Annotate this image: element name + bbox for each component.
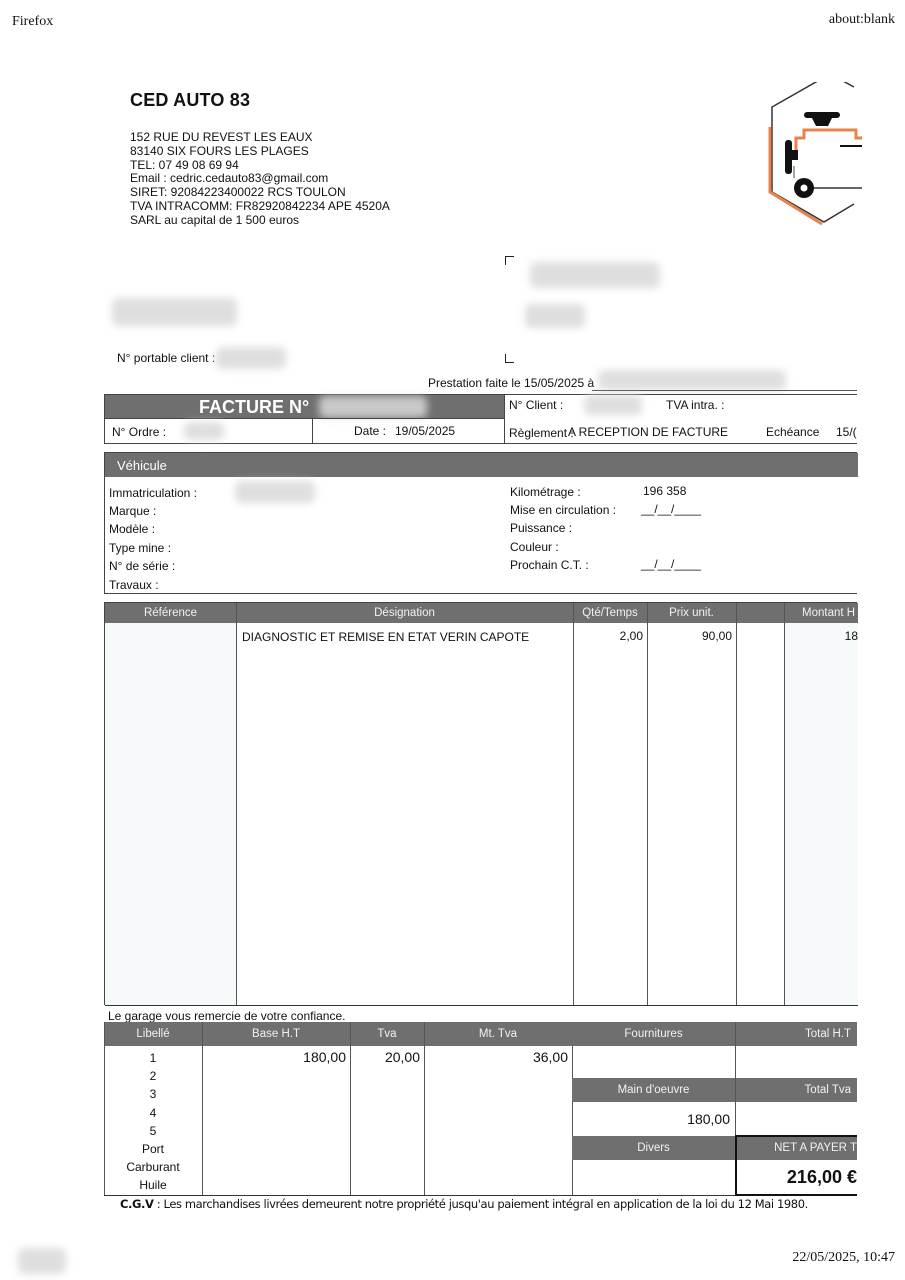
col-amount: Montant H: [784, 603, 864, 623]
vehicle-marque-label: Marque :: [109, 504, 156, 518]
vehicle-title: Véhicule: [117, 458, 167, 473]
redacted-client-mobile: [216, 347, 286, 369]
redacted-invoice-number: [319, 396, 427, 418]
col-qty: Qté/Temps: [573, 603, 647, 623]
redacted-order-number: [184, 422, 224, 440]
row-qty: 2,00: [573, 629, 643, 643]
vehicle-serial-label: N° de série :: [109, 559, 175, 573]
address-window-corner-tl: [505, 256, 514, 265]
vehicle-km-value: 196 358: [643, 484, 686, 498]
vehicle-circulation-label: Mise en circulation :: [510, 503, 616, 517]
tax-labels: 1 2 3 4 5 Port Carburant Huile: [104, 1049, 202, 1195]
prestation-label: Prestation faite le 15/05/2025 à: [428, 376, 594, 390]
car-engine-logo-icon: [762, 82, 862, 234]
vehicle-travaux-label: Travaux :: [109, 578, 159, 592]
col-reference: Référence: [105, 603, 236, 623]
col-mt-tva: Mt. Tva: [424, 1022, 572, 1046]
row-designation: DIAGNOSTIC ET REMISE EN ETAT VERIN CAPOT…: [242, 630, 529, 644]
company-city: 83140 SIX FOURS LES PLAGES: [130, 145, 390, 159]
vehicle-ct-label: Prochain C.T. :: [510, 558, 589, 572]
company-tva: TVA INTRACOMM: FR82920842234 APE 4520A: [130, 200, 390, 214]
cgv-notice: C.G.V : Les marchandises livrées demeure…: [120, 1197, 808, 1211]
due-value: 15/(: [836, 425, 857, 439]
due-label: Echéance: [766, 425, 819, 439]
col-tva: Tva: [350, 1022, 424, 1046]
payment-label: Règlement :: [509, 426, 574, 440]
vehicle-circulation-value: __/__/____: [641, 502, 701, 516]
table-header: Référence Désignation Qté/Temps Prix uni…: [105, 603, 858, 623]
vehicle-km-label: Kilométrage :: [510, 485, 581, 499]
tax-summary: Libellé Base H.T Tva Mt. Tva 1 2 3 4 5 P…: [104, 1022, 857, 1196]
company-siret: SIRET: 92084223400022 RCS TOULON: [130, 186, 390, 200]
col-designation: Désignation: [236, 603, 573, 623]
col-base-ht: Base H.T: [202, 1022, 350, 1046]
print-footer-datetime: 22/05/2025, 10:47: [792, 1250, 895, 1266]
net-to-pay-value: 216,00 €: [735, 1167, 857, 1188]
vehicle-puissance-label: Puissance :: [510, 521, 572, 535]
row-unit-price: 90,00: [647, 629, 732, 643]
col-extra: [736, 603, 784, 623]
invoice-header: FACTURE N° N° Ordre : Date : 19/05/2025 …: [104, 394, 857, 444]
vehicle-couleur-label: Couleur :: [510, 540, 559, 554]
client-mobile-label: N° portable client :: [117, 351, 215, 365]
tva-intra-label: TVA intra. :: [666, 398, 724, 412]
fournitures-label: Fournitures: [572, 1022, 735, 1046]
print-header-url: about:blank: [829, 12, 895, 28]
redacted-page-number: [18, 1248, 66, 1274]
col-libelle: Libellé: [104, 1022, 202, 1046]
date-label: Date :: [354, 424, 386, 438]
cgv-label: C.G.V: [120, 1197, 154, 1211]
invoice-lines-table: Référence Désignation Qté/Temps Prix uni…: [104, 602, 857, 1005]
address-window-corner-bl: [505, 354, 514, 363]
vehicle-immatriculation-label: Immatriculation :: [109, 486, 197, 500]
redacted-prestation-place: [598, 370, 786, 390]
redacted-client-number: [584, 395, 642, 415]
redacted-client-ref: [112, 298, 237, 326]
net-to-pay-label: NET A PAYER T: [735, 1136, 857, 1160]
redacted-client-city: [525, 304, 585, 328]
print-header-app: Firefox: [12, 14, 53, 30]
company-name: CED AUTO 83: [130, 90, 250, 111]
redacted-client-name: [530, 262, 660, 288]
vehicle-section: Véhicule Immatriculation : Marque : Modè…: [104, 452, 857, 594]
tax-amount-1: 36,00: [424, 1049, 568, 1065]
total-ht-label: Total H.T: [735, 1022, 857, 1046]
divers-label: Divers: [572, 1136, 735, 1160]
company-address: 152 RUE DU REVEST LES EAUX: [130, 131, 390, 145]
tax-rate-1: 20,00: [350, 1049, 420, 1065]
cgv-text: : Les marchandises livrées demeurent not…: [154, 1197, 808, 1211]
row-amount: 18: [784, 629, 858, 643]
company-phone: TEL: 07 49 08 69 94: [130, 159, 390, 173]
client-number-label: N° Client :: [509, 398, 563, 412]
order-label: N° Ordre :: [112, 425, 166, 439]
date-value: 19/05/2025: [395, 424, 455, 438]
vehicle-type-mine-label: Type mine :: [109, 541, 171, 555]
main-oeuvre-value: 180,00: [572, 1111, 730, 1127]
vehicle-ct-value: __/__/____: [641, 557, 701, 571]
redacted-immatriculation: [235, 481, 315, 503]
company-details: 152 RUE DU REVEST LES EAUX 83140 SIX FOU…: [130, 131, 390, 228]
col-unit-price: Prix unit.: [647, 603, 736, 623]
vehicle-modele-label: Modèle :: [109, 522, 155, 536]
total-tva-label: Total Tva: [735, 1078, 857, 1102]
tax-base-ht-1: 180,00: [202, 1049, 346, 1065]
payment-value: A RECEPTION DE FACTURE: [568, 425, 728, 439]
thanks-message: Le garage vous remercie de votre confian…: [108, 1009, 345, 1023]
company-capital: SARL au capital de 1 500 euros: [130, 214, 390, 228]
company-email: Email : cedric.cedauto83@gmail.com: [130, 172, 390, 186]
main-oeuvre-label: Main d'oeuvre: [572, 1078, 735, 1102]
invoice-title: FACTURE N°: [199, 397, 309, 418]
